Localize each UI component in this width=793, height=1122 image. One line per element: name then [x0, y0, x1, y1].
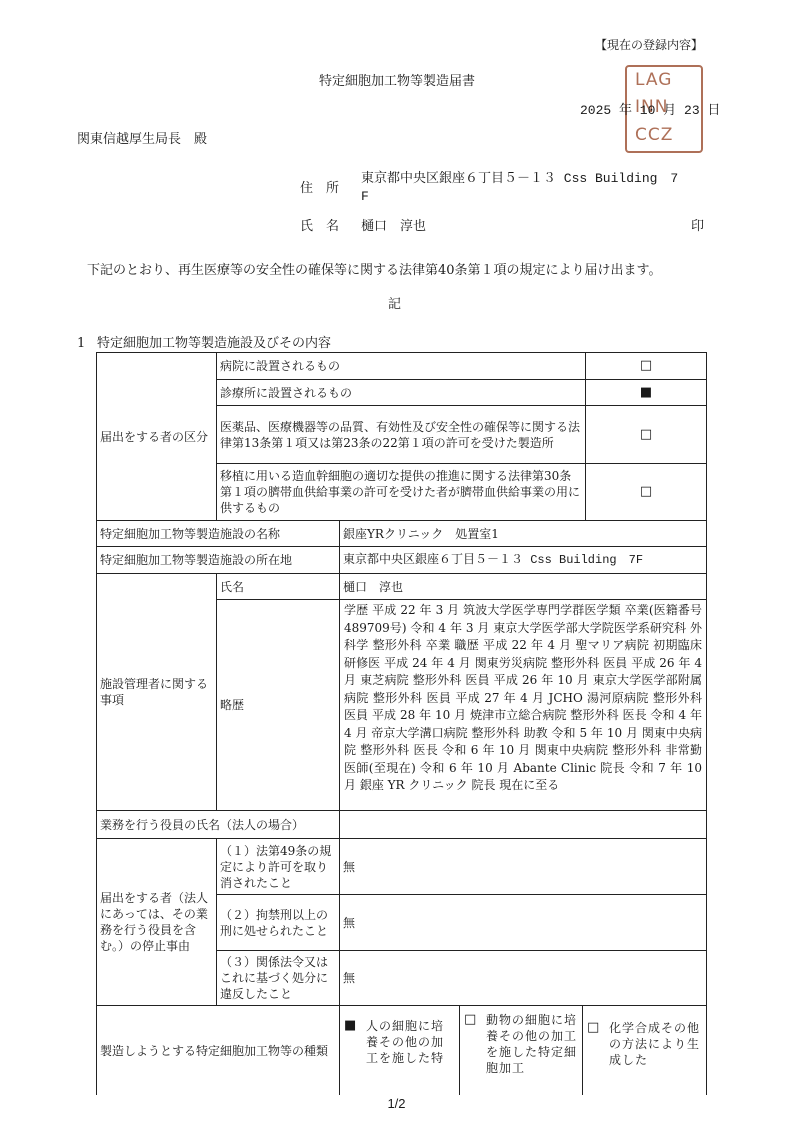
- category-option-text: 病院に設置されるもの: [220, 358, 340, 374]
- recipient: 関東信越厚生局長 殿: [77, 131, 207, 149]
- address-label: 住 所: [300, 180, 339, 198]
- manager-name-value: 樋口 淳也: [343, 579, 403, 595]
- name-label: 氏 名: [300, 218, 339, 236]
- facility-name-label: 特定細胞加工物等製造施設の名称: [100, 526, 280, 542]
- product-type-option-animal[interactable]: □ 動物の細胞に培養その他の加工を施した特定細胞加工: [459, 1005, 583, 1095]
- checkbox-unchecked-icon: □: [640, 427, 652, 443]
- manager-career-label: 略歴: [220, 697, 244, 713]
- category-checkbox-cord-blood[interactable]: □: [585, 463, 707, 521]
- category-checkbox-manufacturer[interactable]: □: [585, 405, 707, 464]
- facility-location-label-cell: 特定細胞加工物等製造施設の所在地: [96, 546, 340, 574]
- manager-career-value-cell: 学歴 平成 22 年 3 月 筑波大学医学専門学群医学類 卒業(医籍番号4897…: [339, 599, 707, 811]
- address-value-line1: 東京都中央区銀座６丁目５－１３ Css Building 7: [361, 170, 678, 188]
- disqualification-item-2-label-cell: （２）拘禁刑以上の刑に処せられたこと: [216, 894, 340, 951]
- disqualification-item-1-label-cell: （１）法第49条の規定により許可を取り消されたこと: [216, 838, 340, 895]
- disqualification-item-3-value-cell: 無: [339, 950, 707, 1006]
- registration-status-label: 【現在の登録内容】: [595, 37, 703, 53]
- stamp-text-line-1: LAG: [635, 72, 672, 89]
- disqualification-item-value: 無: [343, 970, 355, 986]
- document-date: 2025 年 10 月 23 日: [580, 102, 720, 120]
- checkbox-unchecked-icon: □: [587, 1020, 609, 1036]
- disqualification-item-label: （２）拘禁刑以上の刑に処せられたこと: [220, 907, 336, 939]
- facility-location-value: 東京都中央区銀座６丁目５－１３ Css Building 7F: [343, 552, 643, 568]
- manager-name-label-cell: 氏名: [216, 573, 340, 600]
- checkbox-unchecked-icon: □: [464, 1012, 486, 1028]
- category-option-manufacturer: 医薬品、医療機器等の品質、有効性及び安全性の確保等に関する法律第13条第１項又は…: [216, 405, 586, 464]
- intro-text: 下記のとおり、再生医療等の安全性の確保等に関する法律第40条第１項の規定により届…: [87, 262, 662, 280]
- category-option-text: 診療所に設置されるもの: [220, 385, 352, 401]
- disqualification-label: 届出をする者（法人にあっては、その業務を行う役員を含む。）の停止事由: [100, 890, 213, 954]
- disqualification-item-value: 無: [343, 859, 355, 875]
- checkbox-unchecked-icon: □: [640, 484, 652, 500]
- disqualification-item-3-label-cell: （３）関係法令又はこれに基づく処分に違反したこと: [216, 950, 340, 1006]
- manager-label-cell: 施設管理者に関する事項: [96, 573, 217, 811]
- category-label-cell: 届出をする者の区分: [96, 352, 217, 521]
- category-option-hospital: 病院に設置されるもの: [216, 352, 586, 380]
- product-type-option-text: 人の細胞に培養その他の加工を施した特: [366, 1018, 455, 1066]
- category-option-text: 移植に用いる造血幹細胞の適切な提供の推進に関する法律第30条第１項の臍帯血供給事…: [220, 468, 582, 516]
- manager-name-label: 氏名: [220, 579, 244, 595]
- address-value-line2: F: [361, 188, 369, 206]
- product-type-label-cell: 製造しようとする特定細胞加工物等の種類: [96, 1005, 340, 1095]
- manager-label: 施設管理者に関する事項: [100, 676, 213, 708]
- category-checkbox-clinic[interactable]: ■: [585, 379, 707, 406]
- facility-location-label: 特定細胞加工物等製造施設の所在地: [100, 552, 292, 568]
- category-option-cord-blood: 移植に用いる造血幹細胞の適切な提供の推進に関する法律第30条第１項の臍帯血供給事…: [216, 463, 586, 521]
- section-title: 特定細胞加工物等製造施設及びその内容: [97, 335, 331, 353]
- product-type-option-text: 動物の細胞に培養その他の加工を施した特定細胞加工: [486, 1012, 578, 1076]
- manager-name-value-cell: 樋口 淳也: [339, 573, 707, 600]
- facility-name-label-cell: 特定細胞加工物等製造施設の名称: [96, 520, 340, 547]
- facility-name-value-cell: 銀座YRクリニック 処置室1: [339, 520, 707, 547]
- officers-value-cell: [339, 810, 707, 839]
- product-type-option-text: 化学合成その他の方法により生成した: [609, 1020, 702, 1068]
- document-title: 特定細胞加工物等製造届書: [319, 73, 475, 91]
- product-type-option-chemical[interactable]: □ 化学合成その他の方法により生成した: [582, 1005, 707, 1095]
- disqualification-item-value: 無: [343, 915, 355, 931]
- product-type-option-human[interactable]: ■ 人の細胞に培養その他の加工を施した特: [339, 1005, 460, 1095]
- stamp-text-line-3: CCZ: [635, 127, 673, 144]
- disqualification-item-label: （１）法第49条の規定により許可を取り消されたこと: [220, 843, 336, 891]
- section-number: 1: [77, 335, 85, 353]
- checkbox-unchecked-icon: □: [640, 358, 652, 374]
- checkbox-checked-icon: ■: [344, 1018, 366, 1034]
- manager-career-label-cell: 略歴: [216, 599, 340, 811]
- disqualification-item-label: （３）関係法令又はこれに基づく処分に違反したこと: [220, 954, 336, 1002]
- applicant-name: 樋口 淳也: [361, 218, 426, 236]
- manager-career-value: 学歴 平成 22 年 3 月 筑波大学医学専門学群医学類 卒業(医籍番号4897…: [344, 602, 702, 795]
- checkbox-checked-icon: ■: [640, 385, 652, 401]
- category-option-clinic: 診療所に設置されるもの: [216, 379, 586, 406]
- ki-label: 記: [388, 296, 401, 314]
- category-label: 届出をする者の区分: [100, 429, 208, 445]
- disqualification-item-2-value-cell: 無: [339, 894, 707, 951]
- product-type-label: 製造しようとする特定細胞加工物等の種類: [100, 1043, 328, 1059]
- category-option-text: 医薬品、医療機器等の品質、有効性及び安全性の確保等に関する法律第13条第１項又は…: [220, 419, 582, 451]
- officers-label: 業務を行う役員の氏名（法人の場合）: [100, 817, 304, 833]
- disqualification-label-cell: 届出をする者（法人にあっては、その業務を行う役員を含む。）の停止事由: [96, 838, 217, 1006]
- page-number: 1/2: [0, 1096, 793, 1111]
- facility-name-value: 銀座YRクリニック 処置室1: [343, 526, 499, 542]
- seal-mark-label: 印: [691, 218, 704, 236]
- category-checkbox-hospital[interactable]: □: [585, 352, 707, 380]
- facility-location-value-cell: 東京都中央区銀座６丁目５－１３ Css Building 7F: [339, 546, 707, 574]
- disqualification-item-1-value-cell: 無: [339, 838, 707, 895]
- officers-label-cell: 業務を行う役員の氏名（法人の場合）: [96, 810, 340, 839]
